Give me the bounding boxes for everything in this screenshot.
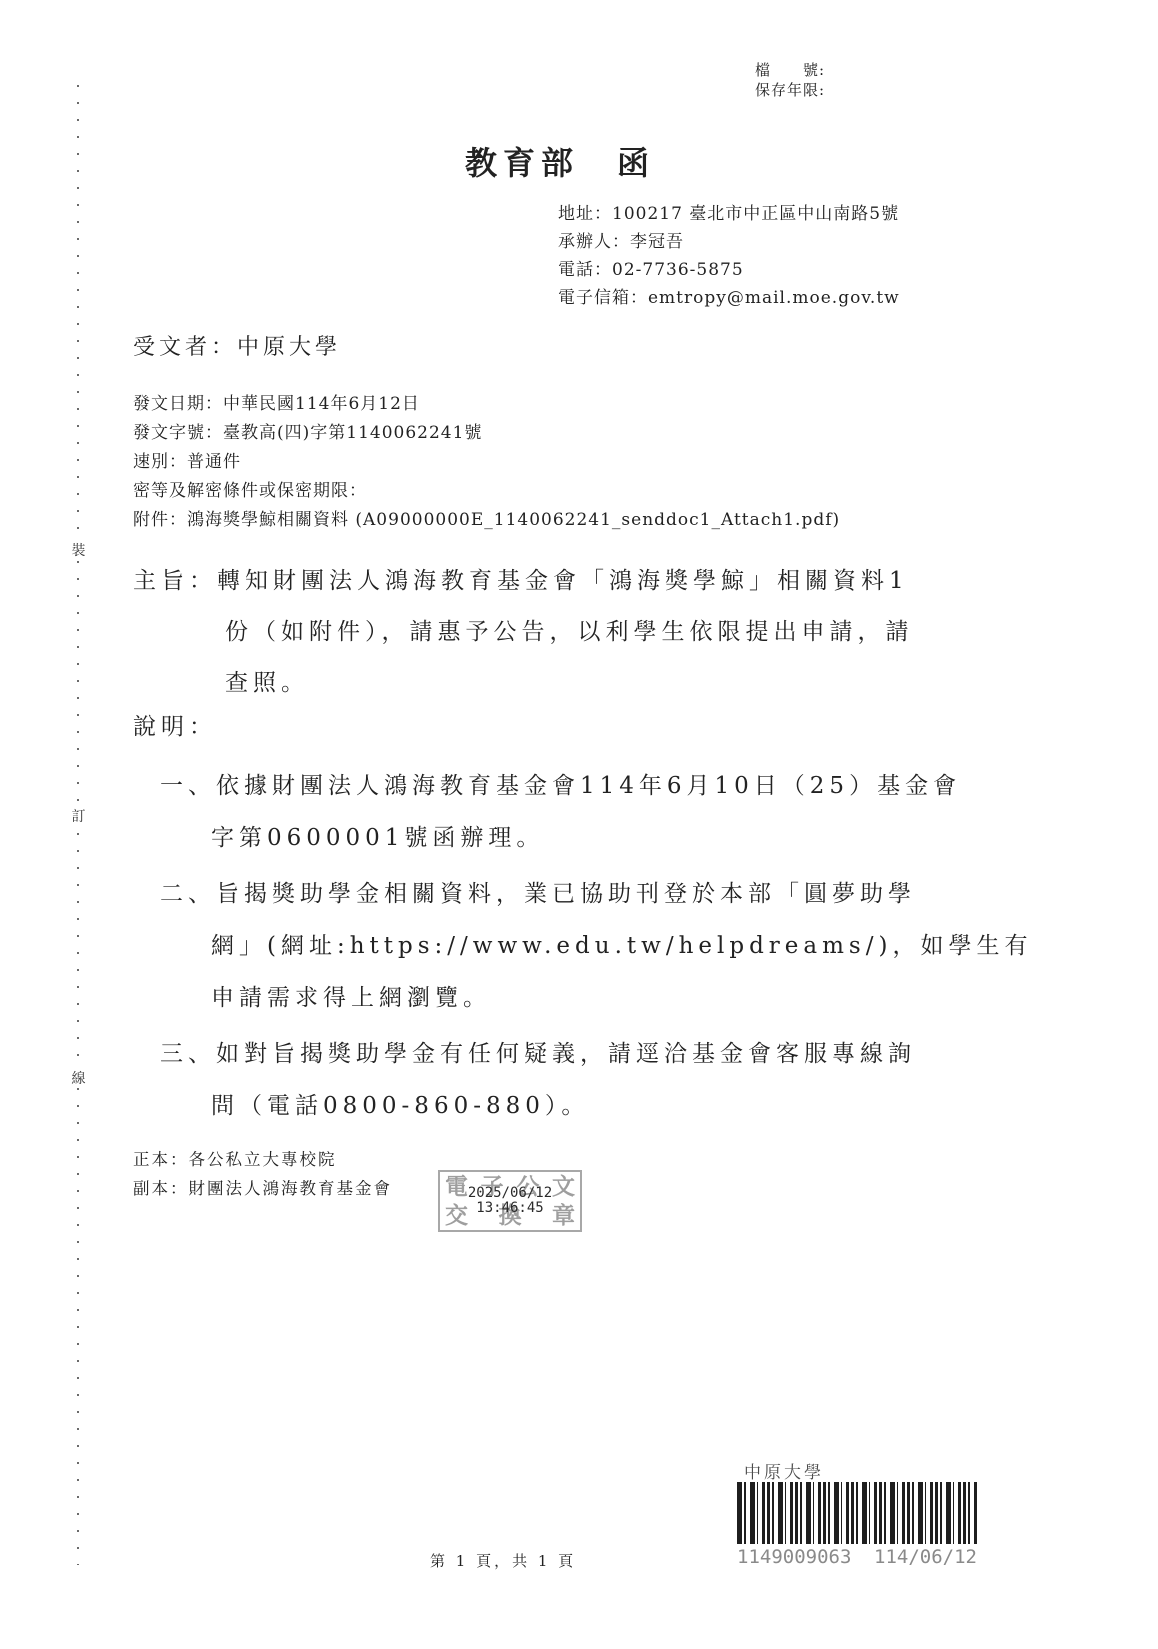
explanation-item-1: 一、依據財團法人鴻海教育基金會114年6月10日（25）基金會 字第060000… bbox=[160, 760, 1040, 864]
speed-class-line: 速別：普通件 bbox=[133, 448, 840, 477]
barcode bbox=[737, 1482, 977, 1544]
sender-email: 電子信箱：emtropy@mail.moe.gov.tw bbox=[558, 284, 900, 312]
cc-copy-line: 副本：財團法人鴻海教育基金會 bbox=[133, 1175, 392, 1204]
explanation-item-2: 二、旨揭獎助學金相關資料，業已協助刊登於本部「圓夢助學 網」(網址:https:… bbox=[160, 868, 1040, 1024]
subject-line: 查照。 bbox=[133, 658, 1033, 709]
file-number-label: 檔 號: bbox=[755, 60, 825, 80]
stamp-date: 2025/06/12 bbox=[440, 1186, 580, 1201]
binding-char-ding: 訂 bbox=[71, 806, 86, 826]
retention-period-label: 保存年限: bbox=[755, 80, 825, 100]
barcode-text: 1149009063 114/06/12 bbox=[737, 1546, 977, 1568]
subject-paragraph: 主旨：轉知財團法人鴻海教育基金會「鴻海獎學鯨」相關資料1 份（如附件），請惠予公… bbox=[133, 556, 1033, 709]
copies-block: 正本：各公私立大專校院 副本：財團法人鴻海教育基金會 bbox=[133, 1146, 392, 1203]
official-letter-page: 裝 訂 線 檔 號: 保存年限: 教育部 函 地址：100217 臺北市中正區中… bbox=[0, 0, 1158, 1649]
explanation-heading: 說明： bbox=[133, 708, 217, 741]
explanation-line: 字第0600001號函辦理。 bbox=[160, 812, 1040, 864]
stamp-datetime: 2025/06/12 13:46:45 bbox=[440, 1186, 580, 1216]
electronic-document-exchange-stamp: 電 子 公 文 交 換 章 2025/06/12 13:46:45 bbox=[438, 1170, 582, 1232]
explanation-line: 三、如對旨揭獎助學金有任何疑義，請逕洽基金會客服專線詢 bbox=[160, 1028, 1040, 1080]
issue-date-line: 發文日期：中華民國114年6月12日 bbox=[133, 390, 840, 419]
recipient-line: 受文者：中原大學 bbox=[133, 330, 341, 361]
stamp-time: 13:46:45 bbox=[440, 1201, 580, 1216]
sender-phone: 電話：02-7736-5875 bbox=[558, 256, 900, 284]
sender-contact-person: 承辦人：李冠吾 bbox=[558, 228, 900, 256]
sender-info-block: 地址：100217 臺北市中正區中山南路5號 承辦人：李冠吾 電話：02-773… bbox=[558, 200, 900, 312]
original-copy-line: 正本：各公私立大專校院 bbox=[133, 1146, 392, 1175]
subject-line: 份（如附件），請惠予公告，以利學生依限提出申請，請 bbox=[133, 607, 1033, 658]
binding-char-zhuang: 裝 bbox=[71, 540, 86, 560]
document-title: 教育部 函 bbox=[0, 138, 1120, 184]
explanation-line: 網」(網址:https://www.edu.tw/helpdreams/)，如學… bbox=[160, 920, 1040, 972]
explanation-line: 申請需求得上網瀏覽。 bbox=[160, 972, 1040, 1024]
explanation-item-3: 三、如對旨揭獎助學金有任何疑義，請逕洽基金會客服專線詢 問（電話0800-860… bbox=[160, 1028, 1040, 1132]
file-number-block: 檔 號: 保存年限: bbox=[755, 60, 825, 100]
binding-char-xian: 線 bbox=[71, 1068, 86, 1088]
binding-margin-dotted-line: 裝 訂 線 bbox=[70, 85, 86, 1565]
barcode-number: 1149009063 bbox=[737, 1546, 851, 1568]
attachment-line: 附件：鴻海獎學鯨相關資料 (A09000000E_1140062241_send… bbox=[133, 506, 840, 535]
barcode-date: 114/06/12 bbox=[874, 1546, 977, 1568]
document-meta-block: 發文日期：中華民國114年6月12日 發文字號：臺教高(四)字第11400622… bbox=[133, 390, 840, 535]
explanation-line: 二、旨揭獎助學金相關資料，業已協助刊登於本部「圓夢助學 bbox=[160, 868, 1040, 920]
sender-address: 地址：100217 臺北市中正區中山南路5號 bbox=[558, 200, 900, 228]
explanation-items: 一、依據財團法人鴻海教育基金會114年6月10日（25）基金會 字第060000… bbox=[160, 760, 1040, 1136]
issue-number-line: 發文字號：臺教高(四)字第1140062241號 bbox=[133, 419, 840, 448]
security-class-line: 密等及解密條件或保密期限： bbox=[133, 477, 840, 506]
explanation-line: 問（電話0800-860-880）。 bbox=[160, 1080, 1040, 1132]
explanation-line: 一、依據財團法人鴻海教育基金會114年6月10日（25）基金會 bbox=[160, 760, 1040, 812]
subject-line: 主旨：轉知財團法人鴻海教育基金會「鴻海獎學鯨」相關資料1 bbox=[133, 556, 1033, 607]
page-number-footer: 第 1 頁，共 1 頁 bbox=[430, 1550, 576, 1571]
barcode-owner-label: 中原大學 bbox=[744, 1458, 824, 1483]
